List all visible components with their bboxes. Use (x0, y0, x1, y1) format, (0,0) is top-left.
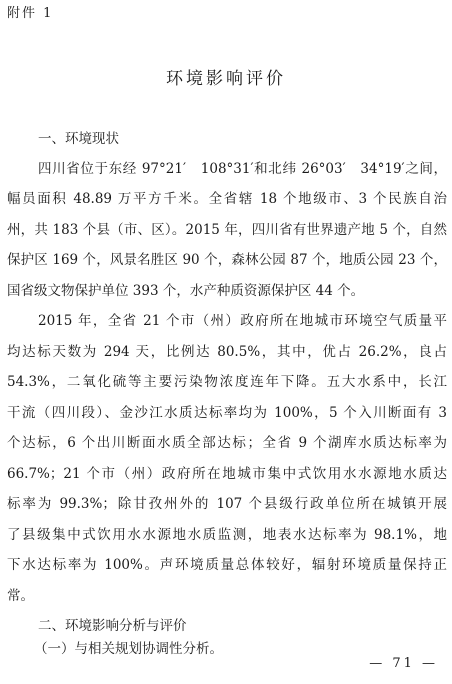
paragraph-line: 常。 (7, 587, 447, 605)
paragraph-line: 均达标天数为 294 天，比例达 80.5%，其中，优占 26.2%，良占 (7, 343, 447, 361)
section-heading-1: 一、环境现状 (38, 130, 447, 148)
attachment-label: 附件 1 (7, 2, 53, 21)
paragraph-line: 2015 年，全省 21 个市（州）政府所在地城市环境空气质量平 (38, 312, 447, 330)
paragraph-line: 幅员面积 48.89 万平方千米。全省辖 18 个地级市、3 个民族自治 (7, 190, 447, 208)
paragraph-line: 干流（四川段）、金沙江水质达标率均为 100%，5 个入川断面有 3 (7, 404, 447, 422)
paragraph-line: 下水达标率为 100%。声环境质量总体较好，辐射环境质量保持正 (7, 556, 447, 574)
paragraph-line: 66.7%；21 个市（州）政府所在地城市集中式饮用水水源地水质达 (7, 465, 447, 483)
paragraph-line: 四川省位于东经 97°21′ 108°31′和北纬 26°03′ 34°19′之… (38, 160, 447, 178)
page-number: — 71 — (369, 656, 438, 671)
section-heading-2: 二、环境影响分析与评价 (38, 617, 447, 635)
paragraph-line: 了县级集中式饮用水水源地水质监测，地表水达标率为 98.1%，地 (7, 526, 447, 544)
paragraph-line: 保护区 169 个，风景名胜区 90 个，森林公园 87 个，地质公园 23 个… (7, 251, 447, 269)
paragraph-line: 54.3%，二氧化硫等主要污染物浓度连年下降。五大水系中，长江 (7, 373, 447, 391)
paragraph-line: 国省级文物保护单位 393 个，水产种质资源保护区 44 个。 (7, 282, 447, 300)
paragraph-line: 州，共 183 个县（市、区）。2015 年，四川省有世界遗产地 5 个，自然 (7, 221, 447, 239)
paragraph-line: 标率为 99.3%；除甘孜州外的 107 个县级行政单位所在城镇开展 (7, 495, 447, 513)
document-title: 环境影响评价 (0, 64, 452, 89)
paragraph-line: 个达标，6 个出川断面水质全部达标；全省 9 个湖库水质达标率为 (7, 434, 447, 452)
